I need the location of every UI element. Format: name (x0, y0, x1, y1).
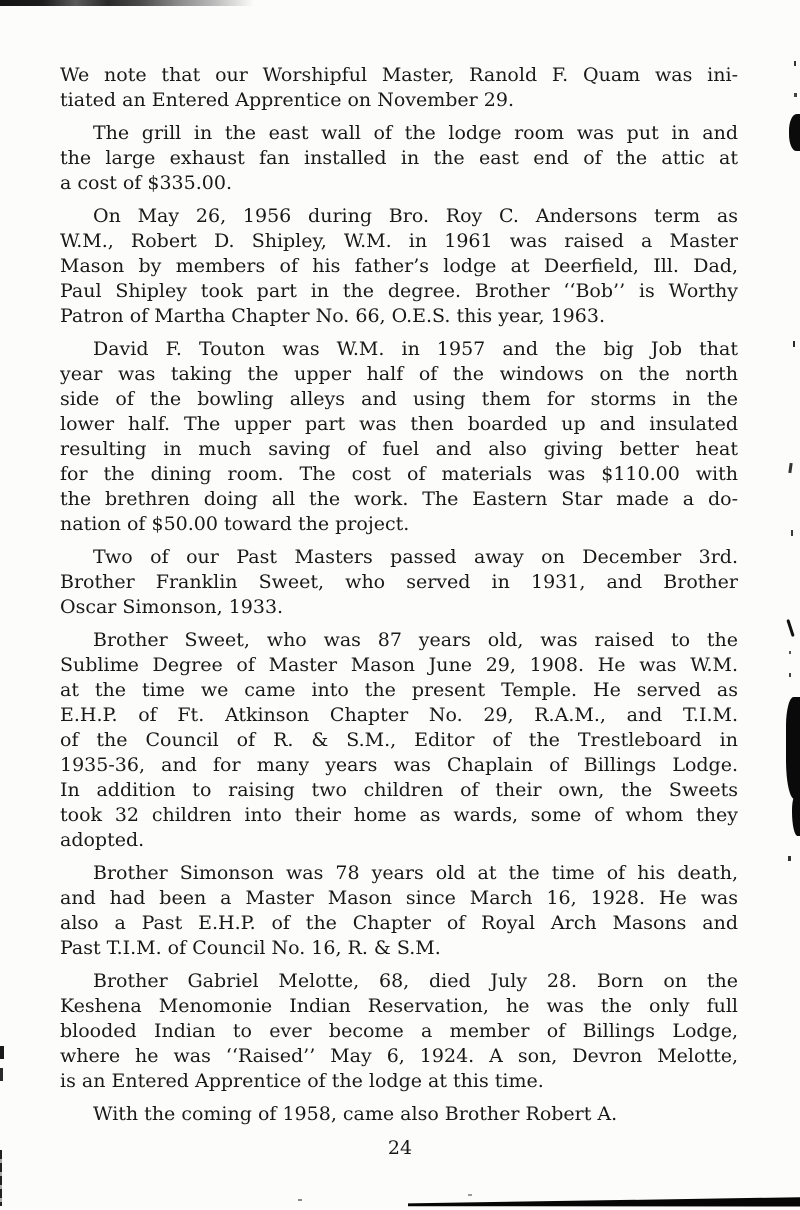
scan-artifact-edge-blob (789, 114, 800, 151)
page-number: 24 (0, 1136, 800, 1161)
text-line: lower half. The upper part was then boar… (60, 412, 738, 437)
text-line: at the time we came into the present Tem… (60, 678, 738, 703)
paragraph: Brother Gabriel Melotte, 68, died July 2… (60, 969, 738, 1094)
paragraph: Two of our Past Masters passed away on D… (60, 545, 738, 620)
scan-artifact-edge-blob (786, 697, 800, 799)
text-line: adopted. (60, 828, 738, 853)
text-line: where he was ‘‘Raised’’ May 6, 1924. A s… (60, 1044, 738, 1069)
text-line: of the Council of R. & S.M., Editor of t… (60, 728, 738, 753)
text-line: year was taking the upper half of the wi… (60, 362, 738, 387)
scan-artifact-speck (788, 856, 791, 861)
text-line: David F. Touton was W.M. in 1957 and the… (60, 337, 738, 362)
scan-artifact-stroke (786, 619, 794, 637)
text-line: Patron of Martha Chapter No. 66, O.E.S. … (60, 304, 738, 329)
text-line: for the dining room. The cost of materia… (60, 462, 738, 487)
scan-artifact-speck (793, 341, 795, 347)
text-line: the large exhaust fan installed in the e… (60, 146, 738, 171)
text-line: tiated an Entered Apprentice on November… (60, 88, 738, 113)
text-line: Oscar Simonson, 1933. (60, 595, 738, 620)
text-line: On May 26, 1956 during Bro. Roy C. Ander… (60, 204, 738, 229)
text-line: We note that our Worshipful Master, Rano… (60, 63, 738, 88)
text-line: resulting in much saving of fuel and als… (60, 437, 738, 462)
text-line: Brother Gabriel Melotte, 68, died July 2… (60, 969, 738, 994)
text-line: In addition to raising two children of t… (60, 778, 738, 803)
text-line: Brother Sweet, who was 87 years old, was… (60, 628, 738, 653)
scan-artifact-speck (298, 1199, 302, 1201)
scan-artifact-edge-blob (792, 792, 800, 836)
text-line: and had been a Master Mason since March … (60, 886, 738, 911)
paragraph: The grill in the east wall of the lodge … (60, 121, 738, 196)
scan-artifact-top-bar (0, 0, 270, 6)
text-line: Keshena Menomonie Indian Reservation, he… (60, 994, 738, 1019)
text-line: is an Entered Apprentice of the lodge at… (60, 1069, 738, 1094)
text-line: 1935-36, and for many years was Chaplain… (60, 753, 738, 778)
text-line: the brethren doing all the work. The Eas… (60, 487, 738, 512)
text-line: Sublime Degree of Master Mason June 29, … (60, 653, 738, 678)
text-line: also a Past E.H.P. of the Chapter of Roy… (60, 911, 738, 936)
scan-artifact-speck (468, 1194, 472, 1196)
text-line: With the coming of 1958, came also Broth… (60, 1102, 738, 1127)
page-text: We note that our Worshipful Master, Rano… (60, 63, 738, 1135)
text-line: blooded Indian to ever become a member o… (60, 1019, 738, 1044)
paragraph: David F. Touton was W.M. in 1957 and the… (60, 337, 738, 537)
paragraph: Brother Simonson was 78 years old at the… (60, 861, 738, 961)
scan-artifact-speck (794, 93, 797, 97)
scan-artifact-edge-dash (0, 1046, 4, 1059)
text-line: Paul Shipley took part in the degree. Br… (60, 279, 738, 304)
text-line: nation of $50.00 toward the project. (60, 512, 738, 537)
text-line: side of the bowling alleys and using the… (60, 387, 738, 412)
text-line: took 32 children into their home as ward… (60, 803, 738, 828)
scan-artifact-edge-dash (0, 1068, 3, 1081)
scan-artifact-speck (794, 61, 796, 66)
scan-artifact-bottom-bar (408, 1197, 800, 1208)
paragraph: On May 26, 1956 during Bro. Roy C. Ander… (60, 204, 738, 329)
paragraph: We note that our Worshipful Master, Rano… (60, 63, 738, 113)
text-line: The grill in the east wall of the lodge … (60, 121, 738, 146)
paragraph: Brother Sweet, who was 87 years old, was… (60, 628, 738, 853)
text-line: a cost of $335.00. (60, 171, 738, 196)
text-line: Mason by members of his father’s lodge a… (60, 254, 738, 279)
text-line: Brother Simonson was 78 years old at the… (60, 861, 738, 886)
text-line: Brother Franklin Sweet, who served in 19… (60, 570, 738, 595)
scan-artifact-speck (789, 651, 791, 654)
scan-artifact-speck (791, 530, 793, 536)
text-line: Past T.I.M. of Council No. 16, R. & S.M. (60, 936, 738, 961)
scan-artifact-speck (788, 463, 792, 473)
text-line: W.M., Robert D. Shipley, W.M. in 1961 wa… (60, 229, 738, 254)
scanned-document-page: We note that our Worshipful Master, Rano… (0, 0, 800, 1210)
text-line: E.H.P. of Ft. Atkinson Chapter No. 29, R… (60, 703, 738, 728)
scan-artifact-speck (789, 673, 791, 677)
text-line: Two of our Past Masters passed away on D… (60, 545, 738, 570)
paragraph: With the coming of 1958, came also Broth… (60, 1102, 738, 1127)
